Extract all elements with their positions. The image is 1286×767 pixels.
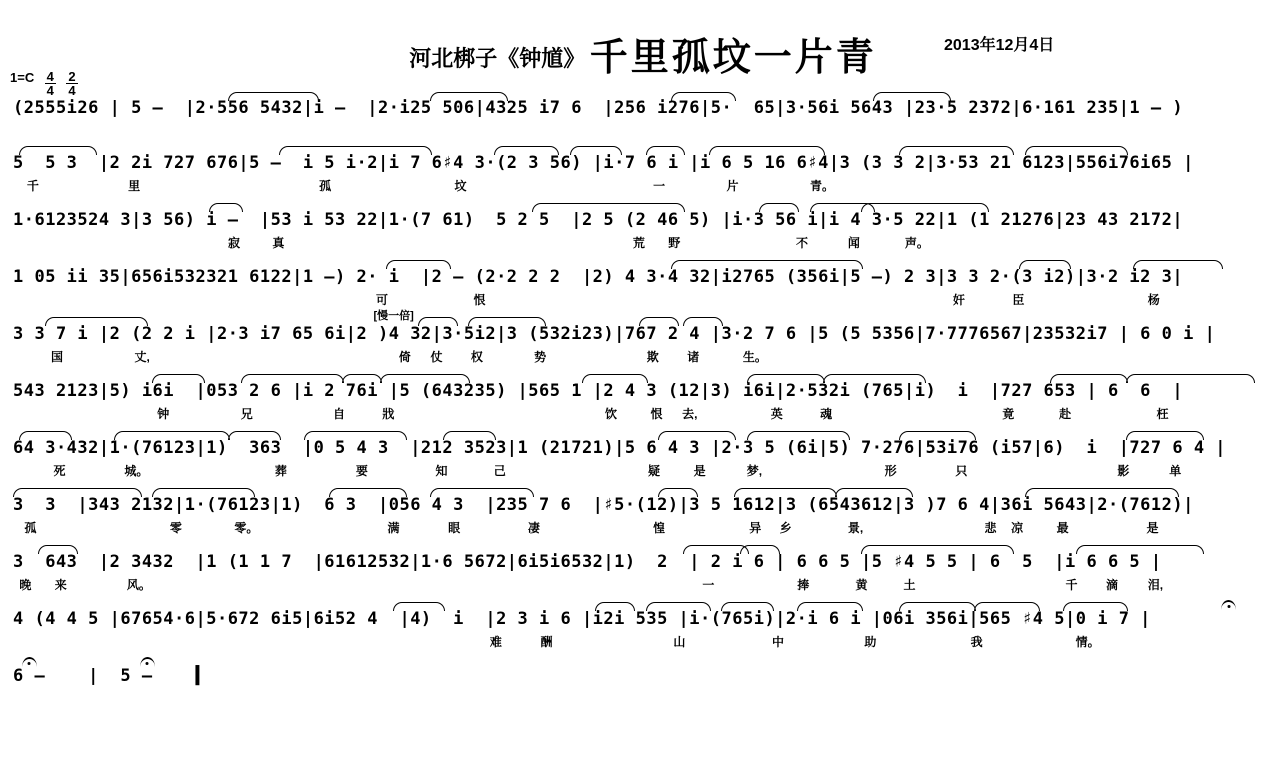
lyric-syllable: 权 bbox=[471, 348, 483, 365]
lyric-syllable: 难 bbox=[490, 633, 502, 650]
notation-line: 4 (4 4 5 |67654·6|5·672 6i5|6i52 4 |4) i… bbox=[13, 609, 1151, 629]
notation-line: 3 3 7 i |2 (2 2 i |2·3 i7 65 6i|2 )4 32|… bbox=[13, 324, 1215, 344]
time-signature-4-4: 4 4 bbox=[45, 70, 56, 97]
score-header: 河北梆子《钟馗》 千里孤坟一片青 2013年12月4日 bbox=[0, 0, 1286, 68]
lyric-syllable: 是 bbox=[1146, 519, 1158, 536]
lyric-syllable: 真 bbox=[272, 234, 284, 251]
sheet-music-page: 河北梆子《钟馗》 千里孤坟一片青 2013年12月4日 1=C 4 4 2 4 … bbox=[0, 0, 1286, 767]
fermata-icon bbox=[1221, 600, 1236, 610]
music-system: 4 (4 4 5 |67654·6|5·672 6i5|6i52 4 |4) i… bbox=[13, 599, 1278, 656]
lyric-syllable: 国 bbox=[51, 348, 63, 365]
lyric-syllable: 魂 bbox=[820, 405, 832, 422]
lyric-syllable: 景, bbox=[848, 519, 863, 536]
lyric-syllable: 眼 bbox=[448, 519, 460, 536]
music-system: 1 05 ii 35|656i532321 6122|1 –) 2· i |2 … bbox=[13, 257, 1278, 314]
music-system: 1·6123524 3|3 56) i – |53 i 53 22|1·(7 6… bbox=[13, 200, 1278, 257]
lyric-syllable: 中 bbox=[772, 633, 784, 650]
lyric-syllable: 去, bbox=[682, 405, 697, 422]
lyric-syllable: 疑 bbox=[648, 462, 660, 479]
lyric-syllable: 是 bbox=[694, 462, 706, 479]
lyric-syllable: 竟 bbox=[1002, 405, 1014, 422]
key-label: 1=C bbox=[10, 70, 34, 85]
score-date: 2013年12月4日 bbox=[944, 32, 1054, 55]
lyric-syllable: 城。 bbox=[124, 462, 148, 479]
time-signature-2-4: 2 4 bbox=[66, 70, 77, 97]
notation-line: 3 3 |343 2132|1·(76123|1) 6 3 |056 4 3 |… bbox=[13, 495, 1194, 515]
lyric-syllable: 要 bbox=[356, 462, 368, 479]
lyric-syllable: 山 bbox=[673, 633, 685, 650]
lyric-syllable: 满 bbox=[387, 519, 399, 536]
lyric-syllable: 千 bbox=[27, 177, 39, 194]
lyric-syllable: 片 bbox=[726, 177, 738, 194]
lyric-syllable: 惶 bbox=[653, 519, 665, 536]
meter-numerator: 4 bbox=[45, 70, 56, 83]
lyric-syllable: 凄 bbox=[528, 519, 540, 536]
lyric-syllable: 己 bbox=[494, 462, 506, 479]
troupe-opera-title: 河北梆子《钟馗》 bbox=[409, 46, 585, 71]
lyric-syllable: 影 bbox=[1117, 462, 1129, 479]
lyric-syllable: 恨 bbox=[651, 405, 663, 422]
lyric-syllable: 千 bbox=[1065, 576, 1077, 593]
lyric-syllable: 仗 bbox=[430, 348, 442, 365]
lyric-syllable: 声。 bbox=[905, 234, 929, 251]
lyric-syllable: 生。 bbox=[743, 348, 767, 365]
lyric-syllable: 饮 bbox=[605, 405, 617, 422]
lyric-syllable: 泪, bbox=[1148, 576, 1163, 593]
score-body: (2555i26 | 5 – |2·556 5432|i – |2·i25 50… bbox=[13, 96, 1278, 713]
lyric-syllable: 自 bbox=[333, 405, 345, 422]
notation-line: 6 – | 5 – ▍ bbox=[13, 666, 206, 686]
tempo-annotation: [慢一倍] bbox=[374, 307, 414, 323]
lyric-syllable: 土 bbox=[904, 576, 916, 593]
lyric-syllable: 凉 bbox=[1011, 519, 1023, 536]
lyric-syllable: 葬 bbox=[275, 462, 287, 479]
lyric-syllable: 不 bbox=[796, 234, 808, 251]
lyric-syllable: 零。 bbox=[234, 519, 258, 536]
lyric-syllable: 一 bbox=[702, 576, 714, 593]
music-system: 64 3·432|1·(76123|1) 363 |0 5 4 3 |212 3… bbox=[13, 428, 1278, 485]
notation-line: 1·6123524 3|3 56) i – |53 i 53 22|1·(7 6… bbox=[13, 210, 1183, 230]
lyric-syllable: 诸 bbox=[687, 348, 699, 365]
lyric-syllable: 单 bbox=[1169, 462, 1181, 479]
lyric-syllable: 枉 bbox=[1157, 405, 1169, 422]
lyric-syllable: 孤 bbox=[24, 519, 36, 536]
lyric-syllable: 形 bbox=[885, 462, 897, 479]
lyric-syllable: 势 bbox=[534, 348, 546, 365]
lyric-syllable: 戕 bbox=[382, 405, 394, 422]
lyric-syllable: 乡 bbox=[780, 519, 792, 536]
lyric-syllable: 欺 bbox=[647, 348, 659, 365]
meter-numerator: 2 bbox=[66, 70, 77, 83]
music-system: (2555i26 | 5 – |2·556 5432|i – |2·i25 50… bbox=[13, 96, 1278, 143]
lyric-syllable: 可 bbox=[376, 291, 388, 308]
title-block: 河北梆子《钟馗》 千里孤坟一片青 bbox=[0, 26, 1286, 81]
lyric-syllable: 滴 bbox=[1106, 576, 1118, 593]
lyric-syllable: 悲 bbox=[985, 519, 997, 536]
lyric-syllable: 钟 bbox=[157, 405, 169, 422]
lyric-syllable: 臣 bbox=[1012, 291, 1024, 308]
lyric-syllable: 赴 bbox=[1059, 405, 1071, 422]
lyric-syllable: 晚 bbox=[19, 576, 31, 593]
lyric-syllable: 情。 bbox=[1076, 633, 1100, 650]
key-signature: 1=C 4 4 2 4 bbox=[10, 70, 78, 96]
lyric-syllable: 知 bbox=[436, 462, 448, 479]
lyric-syllable: 最 bbox=[1057, 519, 1069, 536]
lyric-syllable: 恨 bbox=[473, 291, 485, 308]
notation-line: (2555i26 | 5 – |2·556 5432|i – |2·i25 50… bbox=[13, 98, 1183, 118]
lyric-syllable: 助 bbox=[864, 633, 876, 650]
notation-line: 5 5 3 |2 2i 727 676|5 – i 5 i·2|i 7 6♯4 … bbox=[13, 153, 1194, 173]
notation-line: 543 2123|5) i6i |053 2 6 |i 2 76i |5 (64… bbox=[13, 381, 1183, 401]
lyric-syllable: 里 bbox=[128, 177, 140, 194]
lyric-syllable: 异 bbox=[749, 519, 761, 536]
music-system: 5 5 3 |2 2i 727 676|5 – i 5 i·2|i 7 6♯4 … bbox=[13, 143, 1278, 200]
song-title: 千里孤坟一片青 bbox=[590, 37, 877, 79]
lyric-syllable: 零 bbox=[170, 519, 182, 536]
lyric-syllable: 梦, bbox=[747, 462, 762, 479]
lyric-syllable: 丈, bbox=[134, 348, 149, 365]
lyric-syllable: 坟 bbox=[454, 177, 466, 194]
lyric-syllable: 一 bbox=[653, 177, 665, 194]
lyric-syllable: 酬 bbox=[541, 633, 553, 650]
lyric-syllable: 风。 bbox=[127, 576, 151, 593]
music-system: [慢一倍]3 3 7 i |2 (2 2 i |2·3 i7 65 6i|2 )… bbox=[13, 314, 1278, 371]
meter-denominator: 4 bbox=[45, 83, 56, 97]
lyric-syllable: 青。 bbox=[810, 177, 834, 194]
notation-line: 1 05 ii 35|656i532321 6122|1 –) 2· i |2 … bbox=[13, 267, 1183, 287]
lyric-syllable: 闻 bbox=[848, 234, 860, 251]
lyric-syllable: 捧 bbox=[797, 576, 809, 593]
music-system: 543 2123|5) i6i |053 2 6 |i 2 76i |5 (64… bbox=[13, 371, 1278, 428]
lyric-syllable: 来 bbox=[55, 576, 67, 593]
lyric-syllable: 死 bbox=[53, 462, 65, 479]
lyric-syllable: 倚 bbox=[399, 348, 411, 365]
lyric-syllable: 英 bbox=[771, 405, 783, 422]
lyric-syllable: 荒 bbox=[633, 234, 645, 251]
lyric-syllable: 黄 bbox=[855, 576, 867, 593]
music-system: 6 – | 5 – ▍ bbox=[13, 656, 1278, 713]
lyric-syllable: 只 bbox=[955, 462, 967, 479]
music-system: 3 3 |343 2132|1·(76123|1) 6 3 |056 4 3 |… bbox=[13, 485, 1278, 542]
lyric-syllable: 兄 bbox=[241, 405, 253, 422]
lyric-syllable: 奸 bbox=[953, 291, 965, 308]
lyric-syllable: 杨 bbox=[1148, 291, 1160, 308]
notation-line: 64 3·432|1·(76123|1) 363 |0 5 4 3 |212 3… bbox=[13, 438, 1226, 458]
music-system: 3 643 |2 3432 |1 (1 1 7 |61612532|1·6 56… bbox=[13, 542, 1278, 599]
lyric-syllable: 孤 bbox=[319, 177, 331, 194]
lyric-syllable: 寂 bbox=[228, 234, 240, 251]
lyric-syllable: 我 bbox=[971, 633, 983, 650]
lyric-syllable: 野 bbox=[668, 234, 680, 251]
meter-denominator: 4 bbox=[66, 83, 77, 97]
notation-line: 3 643 |2 3432 |1 (1 1 7 |61612532|1·6 56… bbox=[13, 552, 1162, 572]
